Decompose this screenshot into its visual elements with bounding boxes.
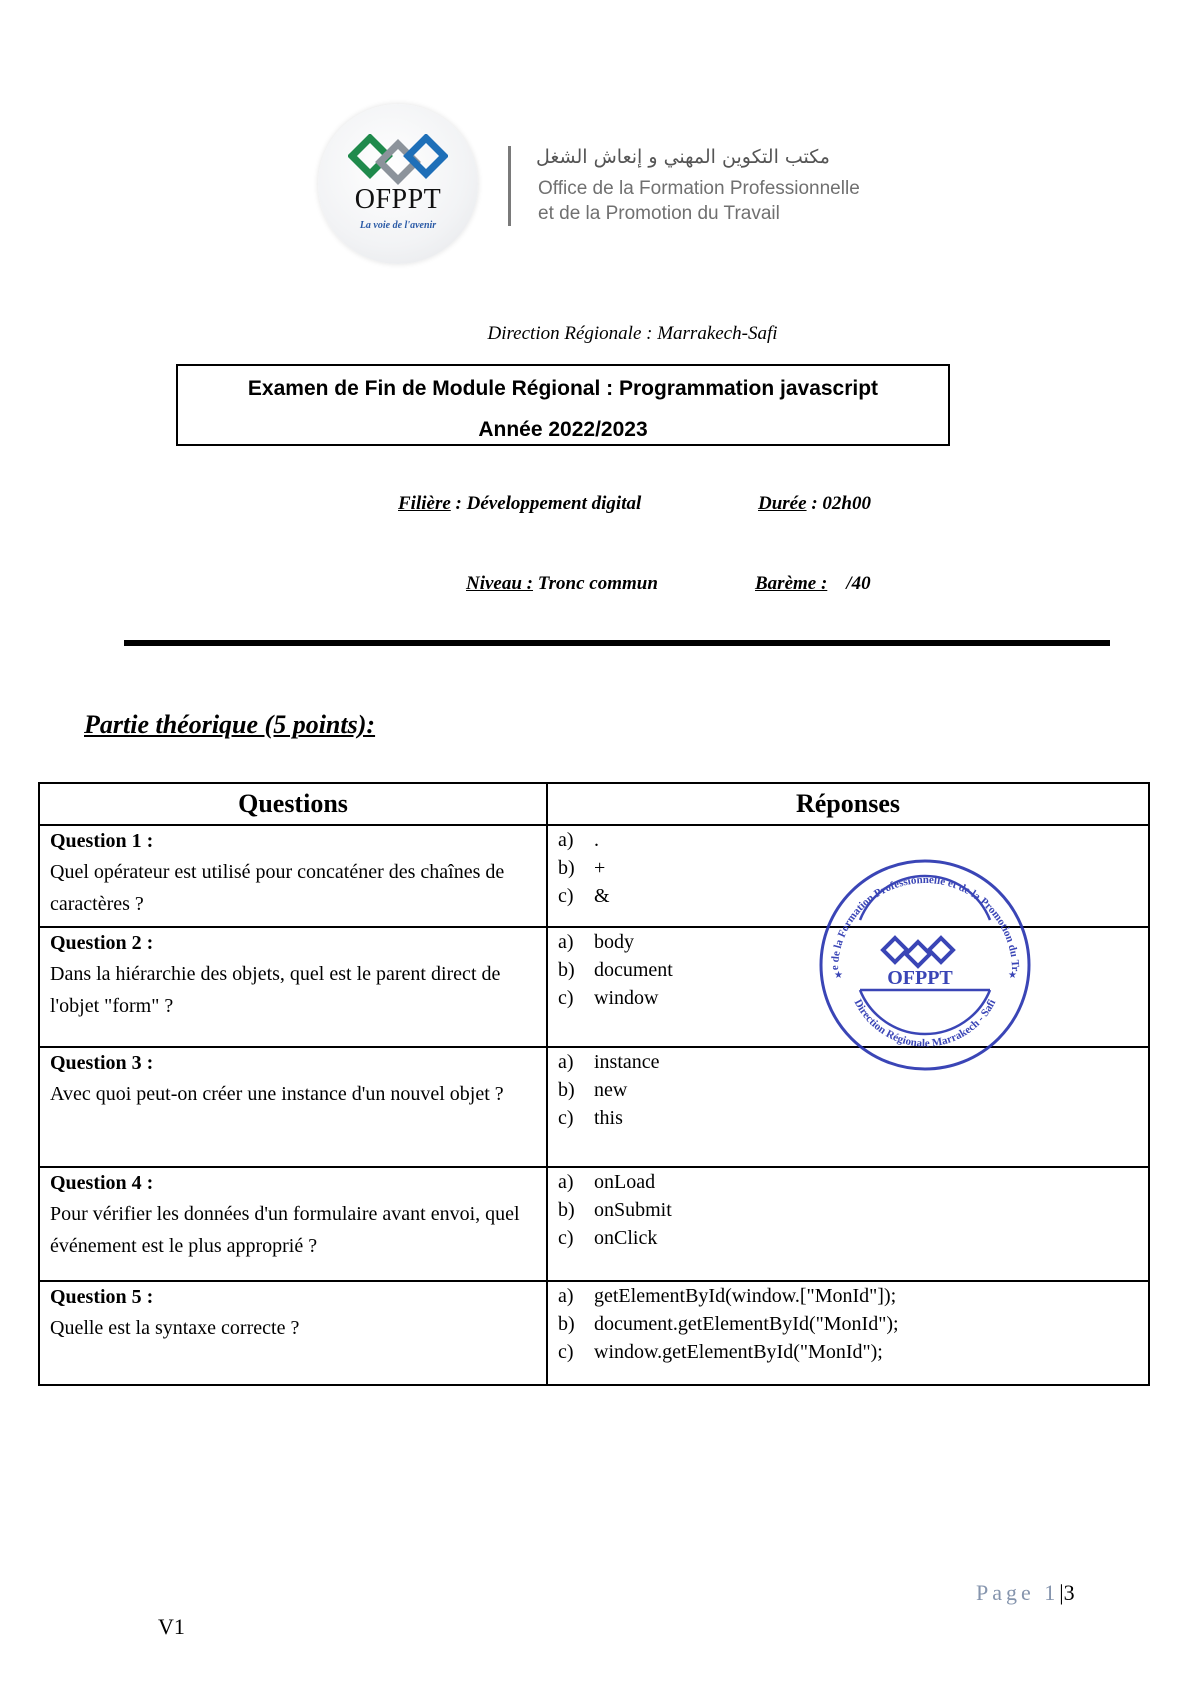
org-name-line2: et de la Promotion du Travail — [538, 203, 780, 225]
answers-cell: a). b)+ c)& — [547, 825, 1149, 927]
question-text: Quelle est la syntaxe correcte ? — [50, 1312, 536, 1344]
answer-option: b)document — [558, 956, 1138, 984]
duree-value: : 02h00 — [807, 493, 871, 514]
answer-option: c)& — [558, 882, 1138, 910]
exam-year: Année 2022/2023 — [178, 418, 948, 442]
table-row: Question 4 : Pour vérifier les données d… — [39, 1167, 1149, 1281]
header-responses: Réponses — [547, 783, 1149, 825]
question-text: Quel opérateur est utilisé pour concatén… — [50, 856, 536, 920]
answer-option: b)onSubmit — [558, 1196, 1138, 1224]
question-label: Question 2 : — [50, 928, 536, 958]
regional-direction: Direction Régionale : Marrakech-Safi — [0, 323, 1200, 345]
question-label: Question 3 : — [50, 1048, 536, 1078]
question-cell: Question 2 : Dans la hiérarchie des obje… — [39, 927, 547, 1047]
logo-text: OFPPT — [318, 184, 478, 216]
answer-option: c)window — [558, 984, 1138, 1012]
niveau-label: Niveau : — [466, 573, 533, 594]
logo-tagline: La voie de l'avenir — [318, 220, 478, 231]
question-cell: Question 5 : Quelle est la syntaxe corre… — [39, 1281, 547, 1385]
version-label: V1 — [158, 1614, 185, 1640]
section-title: Partie théorique (5 points): — [84, 710, 375, 740]
org-name-line1: Office de la Formation Professionnelle — [538, 178, 860, 200]
question-cell: Question 3 : Avec quoi peut-on créer une… — [39, 1047, 547, 1167]
table-row: Question 3 : Avec quoi peut-on créer une… — [39, 1047, 1149, 1167]
table-row: Question 5 : Quelle est la syntaxe corre… — [39, 1281, 1149, 1385]
answer-option: c)onClick — [558, 1224, 1138, 1252]
exam-title: Examen de Fin de Module Régional : Progr… — [178, 377, 948, 401]
table-row: Question 2 : Dans la hiérarchie des obje… — [39, 927, 1149, 1047]
meta-duree: Durée : 02h00 — [758, 493, 871, 515]
bareme-label: Barème : — [755, 573, 827, 594]
answer-option: b)new — [558, 1076, 1138, 1104]
filiere-label: Filière — [398, 493, 451, 514]
filiere-value: : Développement digital — [451, 493, 641, 514]
answer-option: c)this — [558, 1104, 1138, 1132]
answers-cell: a)instance b)new c)this — [547, 1047, 1149, 1167]
org-name-arabic: مكتب التكوين المهني و إنعاش الشغل — [536, 146, 846, 168]
question-label: Question 1 : — [50, 826, 536, 856]
answer-option: c)window.getElementById("MonId"); — [558, 1338, 1138, 1366]
answers-cell: a)onLoad b)onSubmit c)onClick — [547, 1167, 1149, 1281]
exam-title-box: Examen de Fin de Module Régional : Progr… — [176, 364, 950, 446]
answers-cell: a)body b)document c)window — [547, 927, 1149, 1047]
table-row: Question 1 : Quel opérateur est utilisé … — [39, 825, 1149, 927]
question-label: Question 5 : — [50, 1282, 536, 1312]
ofppt-logo: OFPPT La voie de l'avenir — [318, 104, 478, 264]
question-cell: Question 4 : Pour vérifier les données d… — [39, 1167, 547, 1281]
answer-option: a)body — [558, 928, 1138, 956]
niveau-value: Tronc commun — [533, 573, 658, 594]
questions-table: Questions Réponses Question 1 : Quel opé… — [38, 782, 1150, 1386]
answer-option: a). — [558, 826, 1138, 854]
question-text: Pour vérifier les données d'un formulair… — [50, 1198, 536, 1262]
bareme-value: /40 — [827, 573, 870, 594]
question-label: Question 4 : — [50, 1168, 536, 1198]
duree-label: Durée — [758, 493, 807, 514]
answer-option: b)document.getElementById("MonId"); — [558, 1310, 1138, 1338]
header-separator — [124, 640, 1110, 646]
question-text: Avec quoi peut-on créer une instance d'u… — [50, 1078, 536, 1110]
header-divider — [508, 146, 511, 226]
ofppt-diamonds-icon — [348, 134, 448, 186]
answer-option: a)getElementById(window.["MonId"]); — [558, 1282, 1138, 1310]
answer-option: a)onLoad — [558, 1168, 1138, 1196]
question-cell: Question 1 : Quel opérateur est utilisé … — [39, 825, 547, 927]
page-number: Page 1|3 — [976, 1580, 1075, 1606]
answers-cell: a)getElementById(window.["MonId"]); b)do… — [547, 1281, 1149, 1385]
meta-filiere: Filière : Développement digital — [398, 493, 641, 515]
header-questions: Questions — [39, 783, 547, 825]
question-text: Dans la hiérarchie des objets, quel est … — [50, 958, 536, 1022]
meta-bareme: Barème : /40 — [755, 573, 871, 595]
answer-option: b)+ — [558, 854, 1138, 882]
meta-niveau: Niveau : Tronc commun — [466, 573, 658, 595]
answer-option: a)instance — [558, 1048, 1138, 1076]
